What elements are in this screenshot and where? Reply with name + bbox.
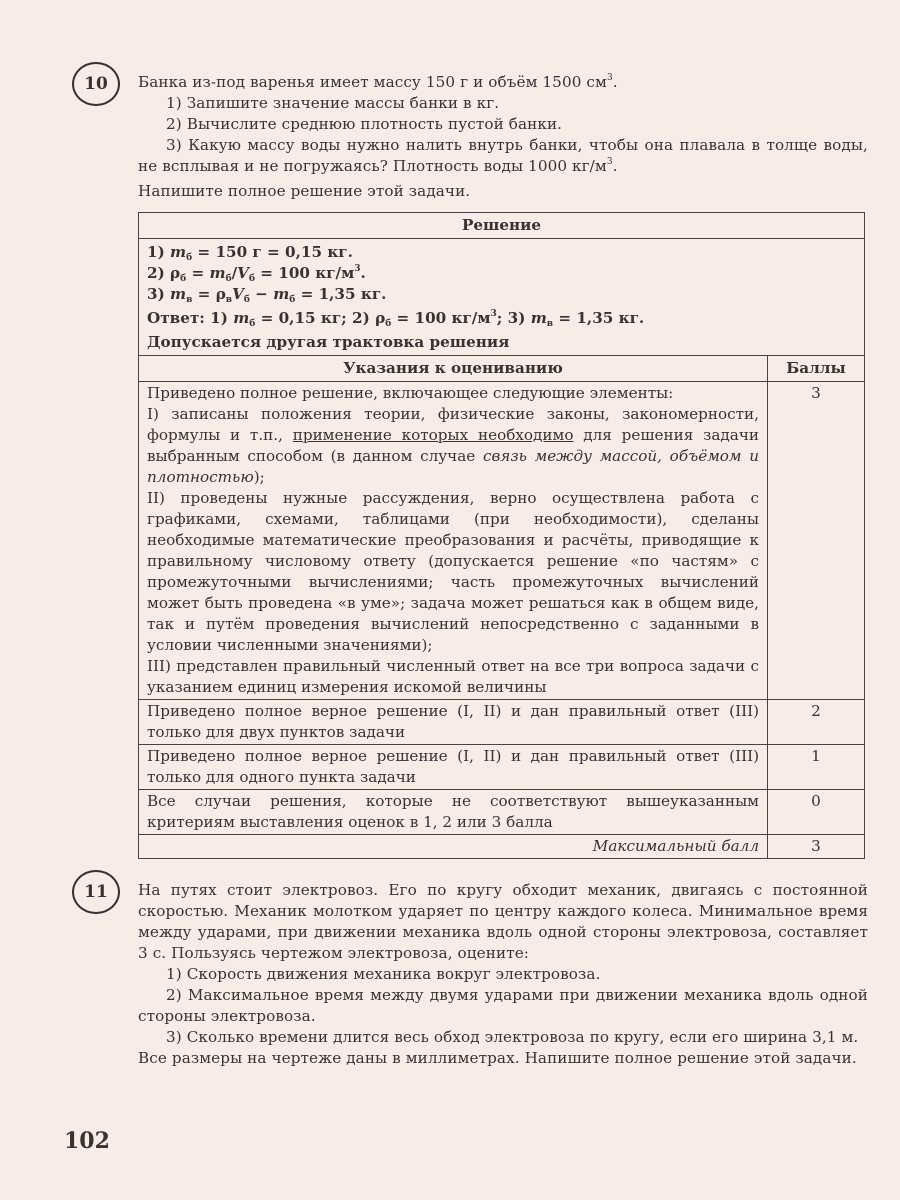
task-11-question-3: 3) Сколько времени длится весь обход эле…: [138, 1027, 868, 1048]
task-number: 11: [84, 882, 108, 902]
solution-alt-note: Допускается другая трактовка решения: [147, 332, 856, 353]
solution-answer: Ответ: 1) mб = 0,15 кг; 2) ρб = 100 кг/м…: [147, 308, 856, 329]
task-11-statement: На путях стоит электровоз. Его по кругу …: [138, 880, 868, 1069]
task-10-instruction: Напишите полное решение этой задачи.: [138, 181, 868, 202]
solution-line-2: 2) ρб = mб/Vб = 100 кг/м3.: [147, 263, 856, 284]
task-10-number-badge: 10: [72, 62, 120, 106]
max-score-value: 3: [768, 835, 865, 859]
solution-line-3: 3) mв = ρвVб − mб = 1,35 кг.: [147, 284, 856, 305]
task-11-question-1: 1) Скорость движения механика вокруг эле…: [138, 964, 868, 985]
solution-body: 1) mб = 150 г = 0,15 кг. 2) ρб = mб/Vб =…: [139, 239, 865, 356]
criteria-header: Указания к оцениванию: [139, 356, 768, 382]
task-11-instruction: Все размеры на чертеже даны в миллиметра…: [138, 1048, 868, 1069]
solution-table: Решение 1) mб = 150 г = 0,15 кг. 2) ρб =…: [138, 212, 865, 859]
textbook-page: 10 Банка из-под варенья имеет массу 150 …: [0, 0, 900, 1200]
criteria-score: 1: [768, 745, 865, 790]
max-score-row: Максимальный балл 3: [139, 835, 865, 859]
task-10-statement: Банка из-под варенья имеет массу 150 г и…: [138, 72, 868, 202]
task-10-question-3: 3) Какую массу воды нужно налить внутрь …: [138, 135, 868, 177]
criteria-score: 2: [768, 700, 865, 745]
criteria-text: Все случаи решения, которые не соответст…: [139, 790, 768, 835]
criteria-text: Приведено полное решение, включающее сле…: [139, 382, 768, 700]
solution-line-1: 1) mб = 150 г = 0,15 кг.: [147, 242, 856, 263]
criteria-score: 0: [768, 790, 865, 835]
criteria-row: Приведено полное решение, включающее сле…: [139, 382, 865, 700]
task-11-intro: На путях стоит электровоз. Его по кругу …: [138, 880, 868, 964]
max-score-label: Максимальный балл: [139, 835, 768, 859]
criteria-row: Все случаи решения, которые не соответст…: [139, 790, 865, 835]
task-number: 10: [84, 74, 108, 94]
criteria-row: Приведено полное верное решение (I, II) …: [139, 700, 865, 745]
task-11-number-badge: 11: [72, 870, 120, 914]
criteria-text: Приведено полное верное решение (I, II) …: [139, 745, 768, 790]
task-11-question-2: 2) Максимальное время между двумя ударам…: [138, 985, 868, 1027]
criteria-text: Приведено полное верное решение (I, II) …: [139, 700, 768, 745]
criteria-row: Приведено полное верное решение (I, II) …: [139, 745, 865, 790]
task-10-intro: Банка из-под варенья имеет массу 150 г и…: [138, 72, 868, 93]
solution-header: Решение: [139, 213, 865, 239]
score-header: Баллы: [768, 356, 865, 382]
task-10-question-1: 1) Запишите значение массы банки в кг.: [138, 93, 868, 114]
criteria-score: 3: [768, 382, 865, 700]
task-10-question-2: 2) Вычислите среднюю плотность пустой ба…: [138, 114, 868, 135]
page-number: 102: [64, 1128, 110, 1154]
